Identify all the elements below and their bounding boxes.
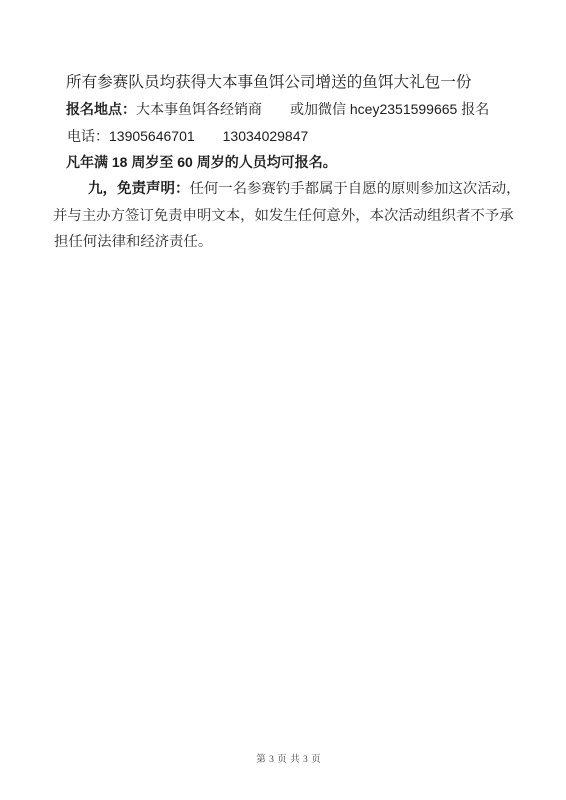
disclaimer-text-line3: 担任何法律和经济责任。 [54,235,212,249]
paragraph-registration-location: 报名地点：大本事鱼饵各经销商 或加微信 hcey2351599665 报名 [66,102,489,116]
document-page: 所有参赛队员均获得大本事鱼饵公司增送的鱼饵大礼包一份 报名地点：大本事鱼饵各经销… [0,0,566,800]
paragraph-age-requirement: 凡年满 18 周岁至 60 周岁的人员均可报名。 [66,155,337,169]
page-number-label: 第 3 页 共 3 页 [256,755,321,765]
disclaimer-text-line1: 任何一名参赛钓手都属于自愿的原则参加这次活动， [190,181,521,197]
registration-location-label: 报名地点： [66,101,136,117]
registration-location-value: 大本事鱼饵各经销商 或加微信 hcey2351599665 报名 [136,101,489,117]
paragraph-phone-numbers: 电话：13905646701 13034029847 [67,129,308,143]
paragraph-disclaimer-start: 九，免责声明：任何一名参赛钓手都属于自愿的原则参加这次活动， [88,181,521,197]
disclaimer-heading: 九，免责声明： [88,181,190,197]
page-footer: 第 3 页 共 3 页 [0,741,566,775]
paragraph-prize-note: 所有参赛队员均获得大本事鱼饵公司增送的鱼饵大礼包一份 [66,75,471,91]
disclaimer-text-line2: 并与主办方签订免责申明文本，如发生任何意外，本次活动组织者不予承 [53,209,514,223]
